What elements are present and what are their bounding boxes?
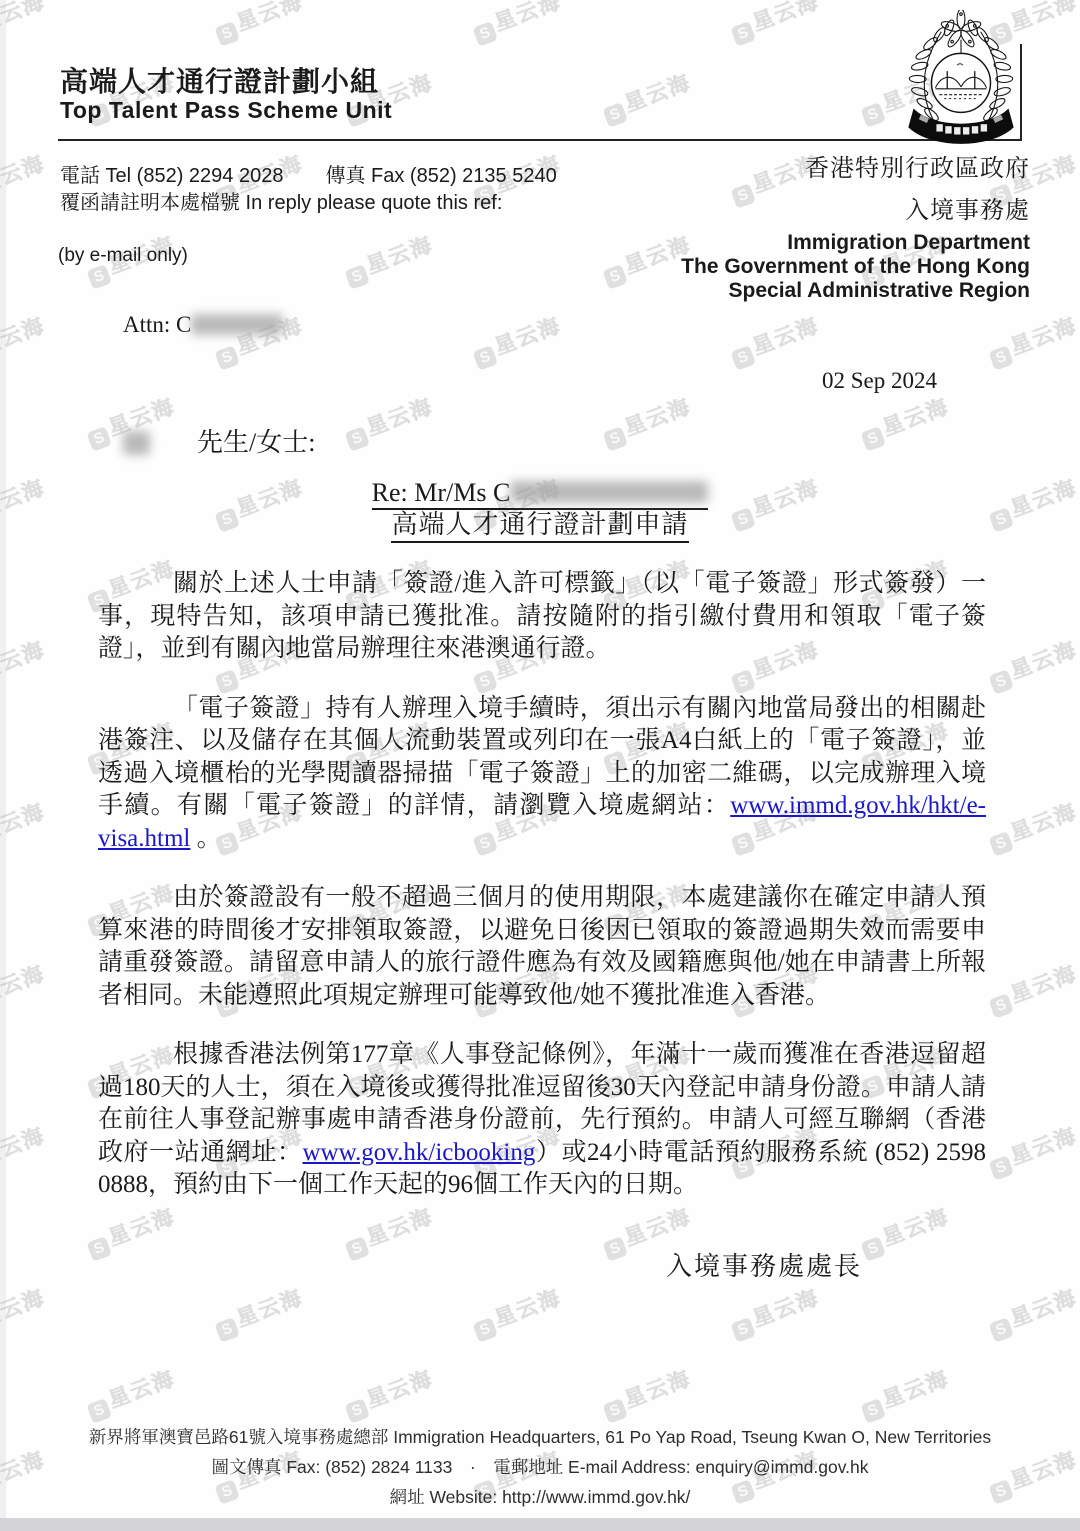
unit-title-zh: 高端人才通行證計劃小組: [60, 60, 379, 100]
reference-line: 覆函請註明本處檔號 In reply please quote this ref…: [60, 186, 502, 215]
gov-title-zh: 香港特別行政區政府: [681, 148, 1030, 183]
tel-number: 電話 Tel (852) 2294 2028: [60, 165, 283, 187]
subject-line-2: 高端人才通行證計劃申請: [0, 508, 1080, 543]
subject-block: Re: Mr/Ms C 高端人才通行證計劃申請: [0, 478, 1080, 543]
footer-address: 新界將軍澳寶邑路61號入境事務處總部 Immigration Headquart…: [0, 1422, 1080, 1452]
header-divider: [58, 139, 1022, 141]
icbooking-link[interactable]: www.gov.hk/icbooking: [303, 1139, 536, 1166]
letter-date: 02 Sep 2024: [822, 368, 937, 394]
subject-prefix: Re: Mr/Ms C: [372, 478, 511, 507]
letter-footer: 新界將軍澳寶邑路61號入境事務處總部 Immigration Headquart…: [0, 1422, 1080, 1512]
redacted-recipient-name: [191, 314, 283, 335]
signature-director: 入境事務處處長: [666, 1246, 862, 1283]
attn-prefix: Attn: C: [123, 312, 191, 337]
dept-title-zh: 入境事務處: [681, 190, 1030, 225]
contact-line: 電話 Tel (852) 2294 2028傳真 Fax (852) 2135 …: [60, 159, 557, 188]
unit-title-en: Top Talent Pass Scheme Unit: [60, 97, 392, 124]
paragraph-4: 根據香港法例第177章《人事登記條例》，年滿十一歲而獲准在香港逗留超過180天的…: [98, 1039, 986, 1202]
dept-title-en-1: Immigration Department: [681, 231, 1030, 255]
redacted-surname: [123, 431, 150, 455]
subject-line-1: Re: Mr/Ms C: [0, 478, 1080, 508]
delivery-note: (by e-mail only): [58, 245, 188, 267]
dept-title-en-3: Special Administrative Region: [681, 279, 1030, 303]
header-divider-vertical: [1020, 44, 1022, 141]
salutation-text: 先生/女士:: [197, 428, 315, 457]
paragraph-3: 由於簽證設有一般不超過三個月的使用期限，本處建議你在確定申請人預算來港的時間後才…: [98, 882, 986, 1012]
footer-fax-email: 圖文傳真 Fax: (852) 2824 1133 · 電郵地址 E-mail …: [0, 1452, 1080, 1482]
fax-number: 傳真 Fax (852) 2135 5240: [325, 165, 556, 187]
redacted-subject-name: [510, 481, 708, 503]
letter-body: 關於上述人士申請「簽證/進入許可標籤」（以「電子簽證」形式簽發）一事，現特告知，…: [98, 568, 986, 1229]
footer-website: 網址 Website: http://www.immd.gov.hk/: [0, 1482, 1080, 1512]
paragraph-2-tail: 。: [190, 825, 221, 852]
paragraph-2: 「電子簽證」持有人辦理入境手續時，須出示有關內地當局發出的相關赴港簽注、以及儲存…: [98, 693, 986, 856]
salutation-line: 先生/女士:: [123, 422, 315, 459]
paragraph-1: 關於上述人士申請「簽證/進入許可標籤」（以「電子簽證」形式簽發）一事，現特告知，…: [98, 568, 986, 666]
attn-line: Attn: C: [123, 312, 283, 338]
dept-title-en-2: The Government of the Hong Kong: [681, 255, 1030, 279]
immigration-department-emblem-icon: [902, 10, 1020, 149]
government-block: 香港特別行政區政府 入境事務處 Immigration Department T…: [681, 148, 1030, 303]
letter-page: S星云海S星云海S星云海S星云海S星云海S星云海S星云海S星云海S星云海S星云海…: [0, 0, 1080, 1531]
